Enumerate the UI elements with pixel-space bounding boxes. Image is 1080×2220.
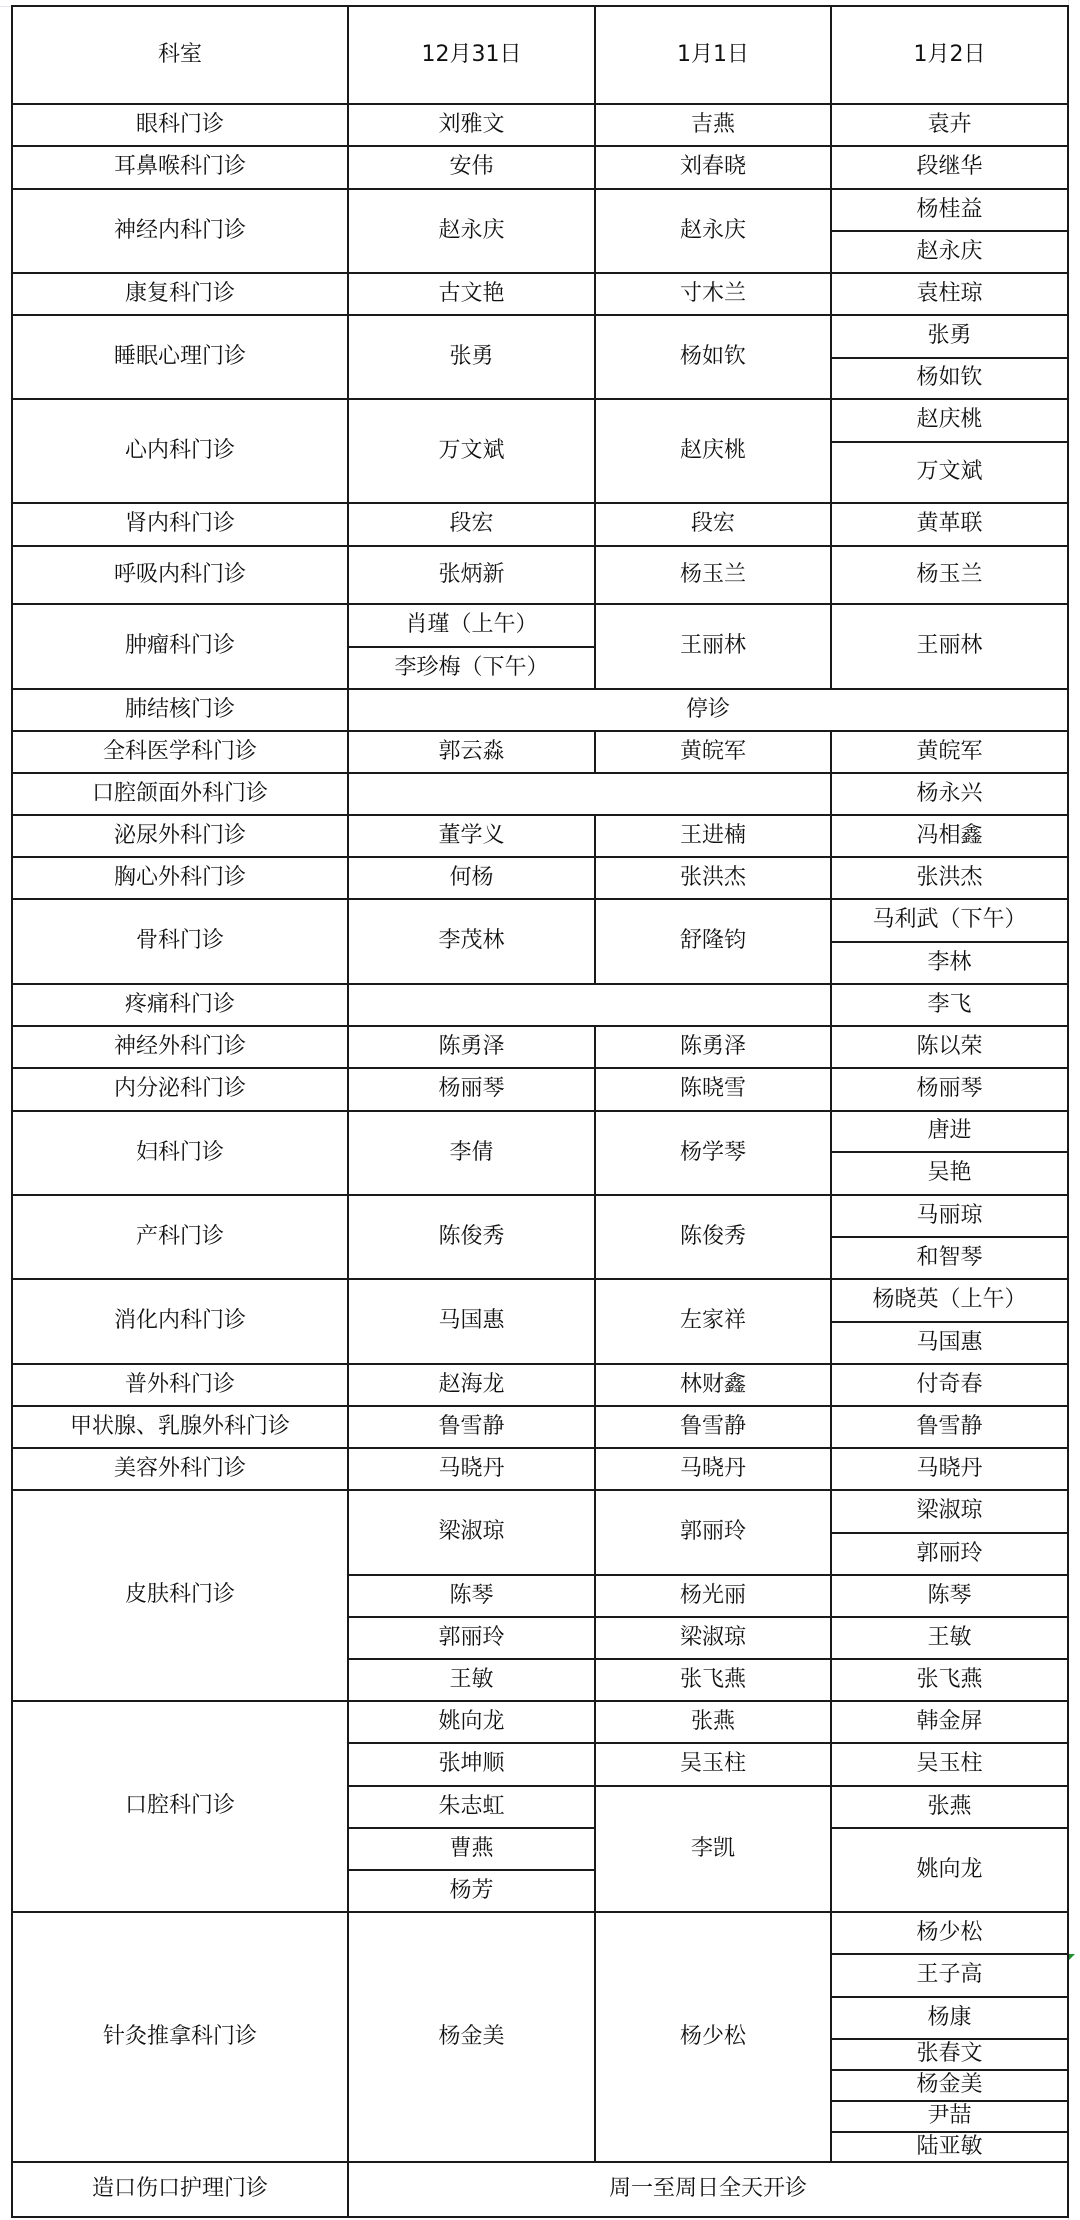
- jan2-cell: 马丽琼: [830, 1194, 1069, 1238]
- dec31-cell: 董学义: [347, 814, 596, 858]
- jan2-cell: 张飞燕: [830, 1658, 1069, 1702]
- dec31-cell: 万文斌: [347, 398, 596, 504]
- dec31-cell: 赵永庆: [347, 188, 596, 274]
- dec31-cell: 刘雅文: [347, 103, 596, 147]
- dec31-cell: 肖瑾（上午）: [347, 603, 596, 648]
- merged-dec31-cell: 周一至周日全天开诊: [347, 2161, 1069, 2218]
- jan2-cell: 黄革联: [830, 502, 1069, 547]
- dec31-cell: 郭云淼: [347, 730, 596, 774]
- jan1-cell: 舒隆钧: [594, 898, 832, 985]
- jan1-cell: 鲁雪静: [594, 1405, 832, 1449]
- jan1-cell: 郭丽玲: [594, 1489, 832, 1576]
- department-cell: 全科医学科门诊: [11, 730, 349, 774]
- dec31-cell: 杨芳: [347, 1869, 596, 1913]
- dec31-cell: 陈勇泽: [347, 1025, 596, 1069]
- dec31-cell: 王敏: [347, 1658, 596, 1702]
- jan2-cell: 梁淑琼: [830, 1489, 1069, 1534]
- department-cell: 甲状腺、乳腺外科门诊: [11, 1405, 349, 1449]
- jan2-cell: 杨金美: [830, 2069, 1069, 2102]
- jan1-cell: 张燕: [594, 1700, 832, 1744]
- jan2-cell: 鲁雪静: [830, 1405, 1069, 1449]
- jan2-cell: 马晓丹: [830, 1447, 1069, 1491]
- department-cell: 心内科门诊: [11, 398, 349, 504]
- dec31-cell: 梁淑琼: [347, 1489, 596, 1576]
- jan2-cell: 赵永庆: [830, 230, 1069, 274]
- jan1-cell: 段宏: [594, 502, 832, 547]
- sheet-right-gridline: [1068, 0, 1080, 2220]
- department-cell: 泌尿外科门诊: [11, 814, 349, 858]
- jan2-cell: 陆亚敏: [830, 2131, 1069, 2163]
- jan1-cell: 赵永庆: [594, 188, 832, 274]
- department-cell: 呼吸内科门诊: [11, 545, 349, 605]
- department-cell: 普外科门诊: [11, 1363, 349, 1407]
- jan1-cell: 寸木兰: [594, 272, 832, 316]
- jan2-cell: 赵庆桃: [830, 398, 1069, 443]
- merged-dec31-cell: [347, 983, 832, 1027]
- jan2-cell: 张洪杰: [830, 856, 1069, 900]
- jan2-cell: 和智琴: [830, 1236, 1069, 1280]
- dec31-cell: 张炳新: [347, 545, 596, 605]
- jan1-cell: 梁淑琼: [594, 1616, 832, 1660]
- jan2-cell: 吴玉柱: [830, 1742, 1069, 1787]
- jan1-cell: 李凯: [594, 1785, 832, 1913]
- department-cell: 肿瘤科门诊: [11, 603, 349, 690]
- dec31-cell: 张坤顺: [347, 1742, 596, 1787]
- dec31-cell: 段宏: [347, 502, 596, 547]
- jan2-cell: 姚向龙: [830, 1827, 1069, 1913]
- dec31-cell: 马国惠: [347, 1278, 596, 1365]
- jan1-cell: 马晓丹: [594, 1447, 832, 1491]
- merged-dec31-cell: 停诊: [347, 688, 1069, 732]
- jan1-cell: 刘春晓: [594, 145, 832, 190]
- jan2-cell: 陈琴: [830, 1574, 1069, 1618]
- department-cell: 妇科门诊: [11, 1110, 349, 1196]
- department-cell: 睡眠心理门诊: [11, 314, 349, 400]
- jan1-cell: 张飞燕: [594, 1658, 832, 1702]
- dec31-cell: 安伟: [347, 145, 596, 190]
- department-cell: 美容外科门诊: [11, 1447, 349, 1491]
- dec31-cell: 郭丽玲: [347, 1616, 596, 1660]
- dec31-cell: 古文艳: [347, 272, 596, 316]
- jan2-cell: 郭丽玲: [830, 1532, 1069, 1576]
- department-cell: 康复科门诊: [11, 272, 349, 316]
- department-cell: 神经外科门诊: [11, 1025, 349, 1069]
- jan1-cell: 杨玉兰: [594, 545, 832, 605]
- dec31-cell: 姚向龙: [347, 1700, 596, 1744]
- dec31-cell: 李茂林: [347, 898, 596, 985]
- department-cell: 消化内科门诊: [11, 1278, 349, 1365]
- jan1-cell: 吉燕: [594, 103, 832, 147]
- header-jan2-cell: 1月2日: [830, 5, 1069, 105]
- jan1-cell: 陈勇泽: [594, 1025, 832, 1069]
- department-cell: 胸心外科门诊: [11, 856, 349, 900]
- jan2-cell: 李林: [830, 941, 1069, 985]
- jan2-cell: 马利武（下午）: [830, 898, 1069, 943]
- jan2-cell: 杨玉兰: [830, 545, 1069, 605]
- jan2-cell: 王子高: [830, 1953, 1069, 1998]
- jan1-cell: 杨学琴: [594, 1110, 832, 1196]
- department-cell: 肾内科门诊: [11, 502, 349, 547]
- jan1-cell: 王进楠: [594, 814, 832, 858]
- dec31-cell: 赵海龙: [347, 1363, 596, 1407]
- header-department-cell: 科室: [11, 5, 349, 105]
- department-cell: 口腔科门诊: [11, 1700, 349, 1913]
- jan1-cell: 吴玉柱: [594, 1742, 832, 1787]
- department-cell: 神经内科门诊: [11, 188, 349, 274]
- dec31-cell: 杨金美: [347, 1911, 596, 2163]
- jan1-cell: 杨如钦: [594, 314, 832, 400]
- department-cell: 内分泌科门诊: [11, 1067, 349, 1112]
- jan2-cell: 张燕: [830, 1785, 1069, 1829]
- department-cell: 疼痛科门诊: [11, 983, 349, 1027]
- dec31-cell: 杨丽琴: [347, 1067, 596, 1112]
- jan2-cell: 杨永兴: [830, 772, 1069, 816]
- jan1-cell: 林财鑫: [594, 1363, 832, 1407]
- jan1-cell: 王丽林: [594, 603, 832, 690]
- jan1-cell: 左家祥: [594, 1278, 832, 1365]
- jan2-cell: 王丽林: [830, 603, 1069, 690]
- jan2-cell: 陈以荣: [830, 1025, 1069, 1069]
- jan1-cell: 陈俊秀: [594, 1194, 832, 1280]
- department-cell: 耳鼻喉科门诊: [11, 145, 349, 190]
- jan2-cell: 杨如钦: [830, 357, 1069, 400]
- jan2-cell: 杨少松: [830, 1911, 1069, 1955]
- jan2-cell: 王敏: [830, 1616, 1069, 1660]
- merged-dec31-cell: [347, 772, 832, 816]
- jan2-cell: 尹喆: [830, 2100, 1069, 2133]
- jan2-cell: 袁卉: [830, 103, 1069, 147]
- jan1-cell: 赵庆桃: [594, 398, 832, 504]
- department-cell: 口腔颌面外科门诊: [11, 772, 349, 816]
- jan2-cell: 黄皖军: [830, 730, 1069, 774]
- jan2-cell: 付奇春: [830, 1363, 1069, 1407]
- dec31-cell: 李倩: [347, 1110, 596, 1196]
- jan2-cell: 张勇: [830, 314, 1069, 359]
- dec31-cell: 李珍梅（下午）: [347, 646, 596, 690]
- jan2-cell: 万文斌: [830, 441, 1069, 504]
- department-cell: 针灸推拿科门诊: [11, 1911, 349, 2163]
- header-jan1-cell: 1月1日: [594, 5, 832, 105]
- jan2-cell: 杨桂益: [830, 188, 1069, 232]
- jan2-cell: 韩金屏: [830, 1700, 1069, 1744]
- dec31-cell: 鲁雪静: [347, 1405, 596, 1449]
- jan2-cell: 杨康: [830, 1996, 1069, 2040]
- jan2-cell: 段继华: [830, 145, 1069, 190]
- jan2-cell: 冯相鑫: [830, 814, 1069, 858]
- jan2-cell: 张春文: [830, 2038, 1069, 2071]
- department-cell: 造口伤口护理门诊: [11, 2161, 349, 2218]
- department-cell: 眼科门诊: [11, 103, 349, 147]
- jan2-cell: 袁柱琼: [830, 272, 1069, 316]
- department-cell: 骨科门诊: [11, 898, 349, 985]
- department-cell: 肺结核门诊: [11, 688, 349, 732]
- dec31-cell: 张勇: [347, 314, 596, 400]
- jan1-cell: 张洪杰: [594, 856, 832, 900]
- dec31-cell: 朱志虹: [347, 1785, 596, 1829]
- department-cell: 皮肤科门诊: [11, 1489, 349, 1702]
- dec31-cell: 陈琴: [347, 1574, 596, 1618]
- jan2-cell: 杨丽琴: [830, 1067, 1069, 1112]
- dec31-cell: 马晓丹: [347, 1447, 596, 1491]
- cell-comment-marker-icon[interactable]: [1069, 1954, 1075, 1960]
- header-dec31-cell: 12月31日: [347, 5, 596, 105]
- jan1-cell: 杨少松: [594, 1911, 832, 2163]
- dec31-cell: 曹燕: [347, 1827, 596, 1871]
- jan2-cell: 吴艳: [830, 1151, 1069, 1196]
- dec31-cell: 陈俊秀: [347, 1194, 596, 1280]
- jan1-cell: 陈晓雪: [594, 1067, 832, 1112]
- jan1-cell: 杨光丽: [594, 1574, 832, 1618]
- jan1-cell: 黄皖军: [594, 730, 832, 774]
- jan2-cell: 唐进: [830, 1110, 1069, 1153]
- jan2-cell: 杨晓英（上午）: [830, 1278, 1069, 1323]
- department-cell: 产科门诊: [11, 1194, 349, 1280]
- dec31-cell: 何杨: [347, 856, 596, 900]
- jan2-cell: 马国惠: [830, 1321, 1069, 1365]
- jan2-cell: 李飞: [830, 983, 1069, 1027]
